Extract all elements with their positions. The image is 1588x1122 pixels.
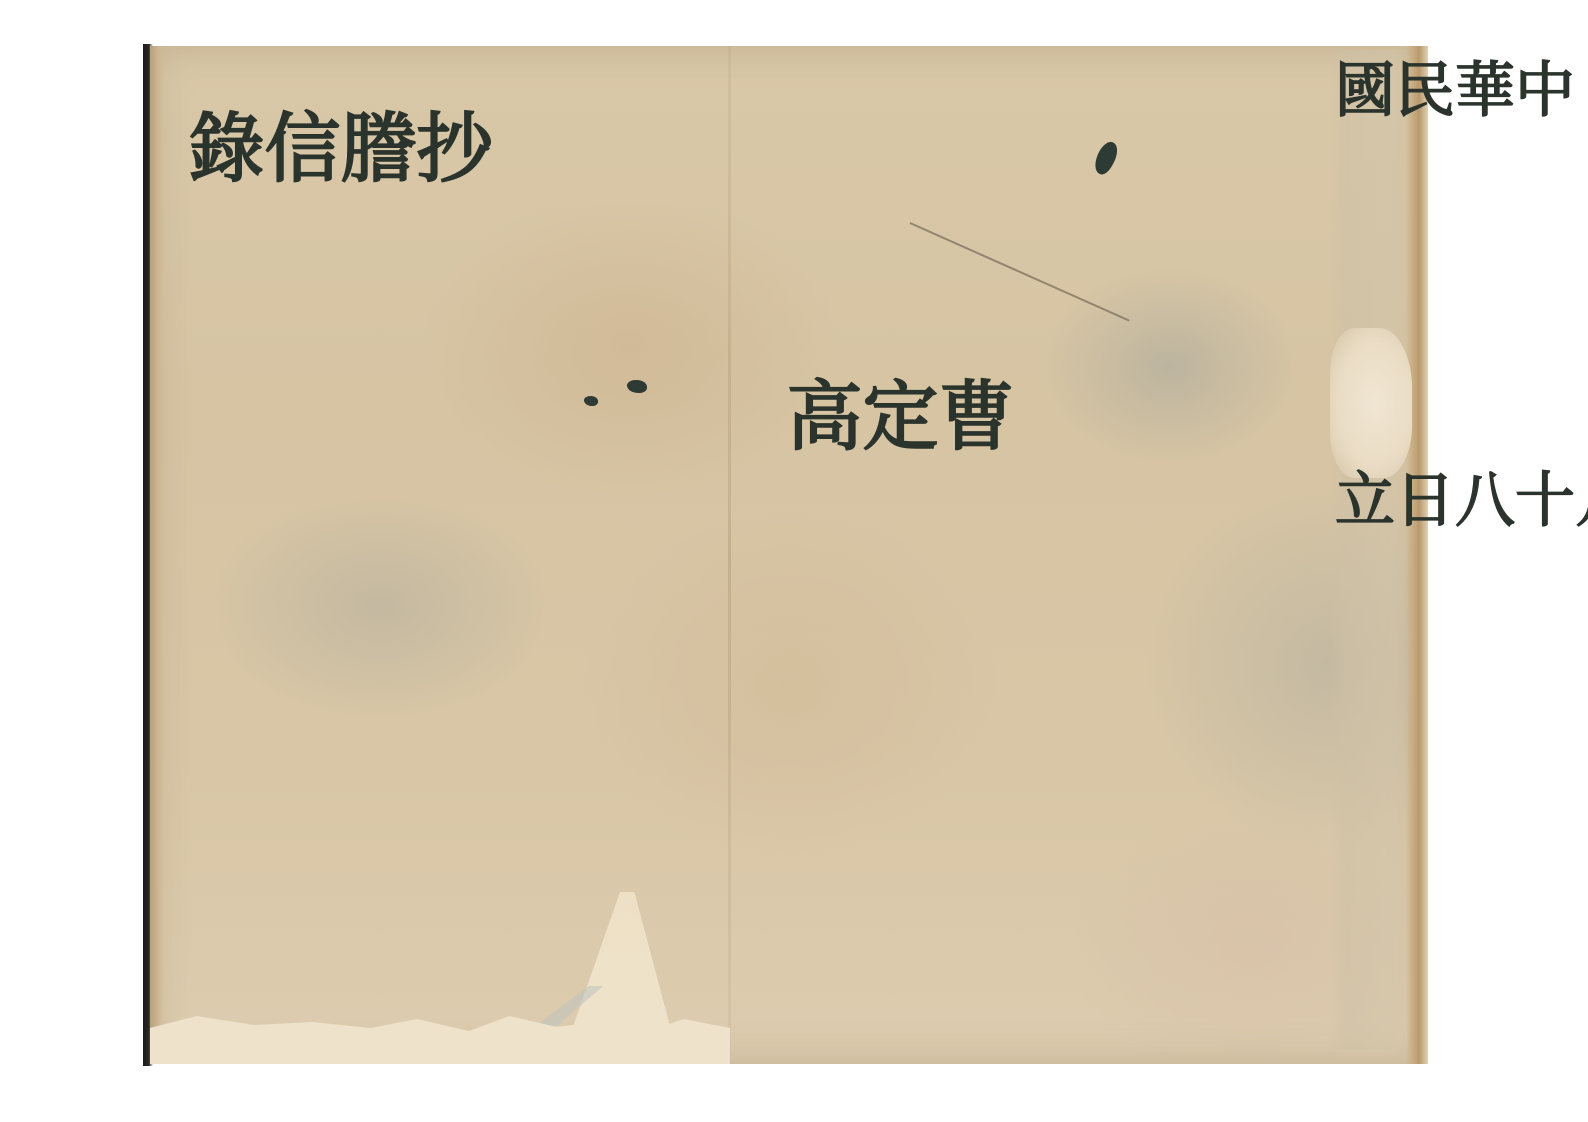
- name-char: 高: [780, 376, 856, 476]
- title-char: 抄: [410, 108, 486, 194]
- page-left-edge: [150, 46, 164, 1064]
- title-char: 謄: [334, 108, 410, 194]
- paper-repair-patch: [1330, 328, 1412, 478]
- title-char: 信: [258, 108, 334, 194]
- name-char: 定: [856, 376, 932, 476]
- manuscript-page: 抄 謄 信 錄 曹 定 高 中 華 民 國 四 年 古 二 月 十: [150, 46, 1428, 1064]
- paper-crease: [910, 222, 1130, 321]
- date-era: 中 華 民 國: [1330, 58, 1570, 126]
- owner-name: 曹 定 高: [780, 376, 1008, 476]
- date-inscription: 中 華 民 國 四 年 古 二 月 十 八 日 立: [1330, 58, 1570, 126]
- name-char: 曹: [932, 376, 1008, 476]
- date-char: 國: [1330, 58, 1390, 126]
- date-char: 十: [1510, 468, 1570, 535]
- date-char: 民: [1390, 58, 1450, 126]
- ink-blot: [1090, 139, 1122, 177]
- center-fold: [728, 46, 731, 1064]
- ink-spot: [627, 380, 647, 393]
- ink-spot: [584, 396, 598, 406]
- scan-canvas: 抄 謄 信 錄 曹 定 高 中 華 民 國 四 年 古 二 月 十: [0, 0, 1588, 1122]
- date-char: 立: [1330, 468, 1390, 535]
- date-char: 中: [1510, 58, 1570, 126]
- title-char: 錄: [182, 108, 258, 194]
- document-title: 抄 謄 信 錄: [182, 108, 486, 194]
- date-char: 華: [1450, 58, 1510, 126]
- date-day: 四 年 古 二 月 十 八 日 立: [1330, 468, 1588, 535]
- date-char: 八: [1450, 468, 1510, 535]
- date-char: 日: [1390, 468, 1450, 535]
- date-label-strip: [1330, 50, 1410, 1050]
